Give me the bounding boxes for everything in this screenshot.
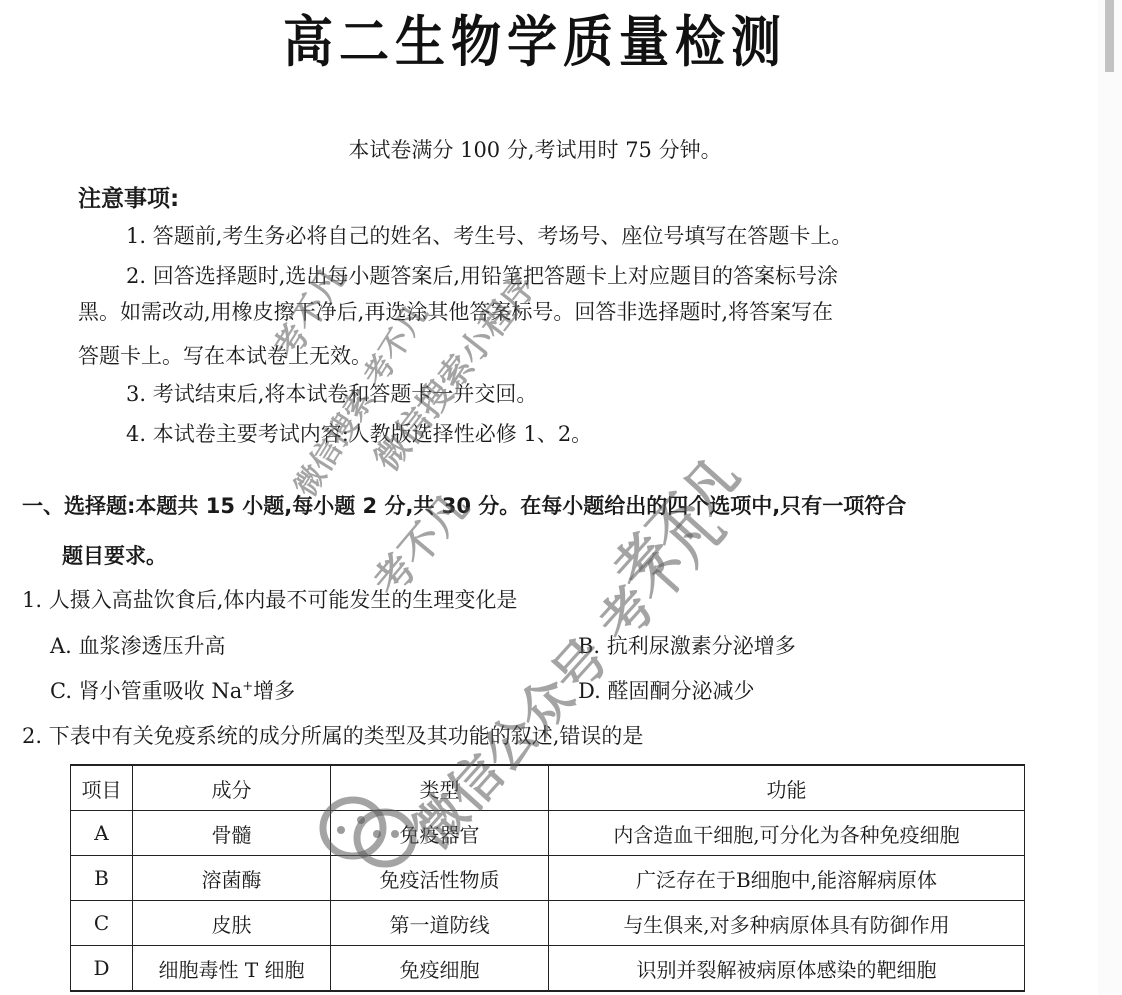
table-row: B 溶菌酶 免疫活性物质 广泛存在于B细胞中,能溶解病原体 <box>71 856 1025 901</box>
table-cell: 与生俱来,对多种病原体具有防御作用 <box>549 901 1025 946</box>
wechat-logo-icon <box>315 790 425 880</box>
exam-info: 本试卷满分 100 分,考试用时 75 分钟。 <box>0 134 1070 164</box>
table-header: 功能 <box>549 765 1025 811</box>
page-title: 高二生物学质量检测 <box>0 0 1070 78</box>
table-cell: B <box>71 856 133 901</box>
table-cell: 识别并裂解被病原体感染的靶细胞 <box>549 946 1025 992</box>
table-cell: 皮肤 <box>133 901 331 946</box>
table-cell: 第一道防线 <box>331 901 549 946</box>
notice-line: 1. 答题前,考生务必将自己的姓名、考生号、考场号、座位号填写在答题卡上。 <box>126 220 852 250</box>
scrollbar-thumb[interactable] <box>1105 0 1114 72</box>
notice-line: 2. 回答选择题时,选出每小题答案后,用铅笔把答题卡上对应题目的答案标号涂 <box>126 260 838 290</box>
notice-line: 答题卡上。写在本试卷上无效。 <box>78 340 372 370</box>
table-header-row: 项目 成分 类型 功能 <box>71 765 1025 811</box>
table-cell: A <box>71 811 133 856</box>
table-header: 成分 <box>133 765 331 811</box>
table-cell: 免疫细胞 <box>331 946 549 992</box>
notice-heading: 注意事项: <box>78 180 179 213</box>
table-row: D 细胞毒性 T 细胞 免疫细胞 识别并裂解被病原体感染的靶细胞 <box>71 946 1025 992</box>
table-row: A 骨髓 免疫器官 内含造血干细胞,可分化为各种免疫细胞 <box>71 811 1025 856</box>
table-cell: 广泛存在于B细胞中,能溶解病原体 <box>549 856 1025 901</box>
table-cell: 细胞毒性 T 细胞 <box>133 946 331 992</box>
table-cell: 溶菌酶 <box>133 856 331 901</box>
table-cell: 骨髓 <box>133 811 331 856</box>
question-1-option-a: A. 血浆渗透压升高 <box>50 630 226 660</box>
question-1-option-c: C. 肾小管重吸收 Na+增多 <box>50 675 295 705</box>
table-cell: D <box>71 946 133 992</box>
table-cell: 内含造血干细胞,可分化为各种免疫细胞 <box>549 811 1025 856</box>
scrollbar-track[interactable] <box>1098 0 1122 995</box>
section-heading-cont: 题目要求。 <box>62 540 167 570</box>
table-header: 项目 <box>71 765 133 811</box>
question-1-stem: 1. 人摄入高盐饮食后,体内最不可能发生的生理变化是 <box>22 584 517 614</box>
notice-line: 黑。如需改动,用橡皮擦干净后,再选涂其他答案标号。回答非选择题时,将答案写在 <box>78 296 833 326</box>
table-row: C 皮肤 第一道防线 与生俱来,对多种病原体具有防御作用 <box>71 901 1025 946</box>
immune-table: 项目 成分 类型 功能 A 骨髓 免疫器官 内含造血干细胞,可分化为各种免疫细胞… <box>70 764 1025 992</box>
table-cell: C <box>71 901 133 946</box>
